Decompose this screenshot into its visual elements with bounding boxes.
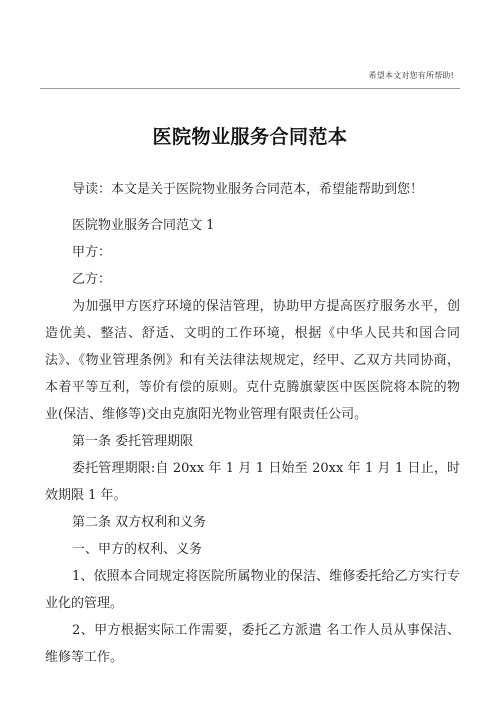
clause-1: 1、依照本合同规定将医院所属物业的保洁、维修委托给乙方实行专业化的管理。 xyxy=(45,563,460,617)
clause-2: 2、甲方根据实际工作需要，委托乙方派遣 名工作人员从事保洁、维修等工作。 xyxy=(45,617,460,671)
party-b-line: 乙方： xyxy=(45,266,460,293)
page-header: 希望本文对您有所帮助! xyxy=(40,66,460,89)
header-note: 希望本文对您有所帮助! xyxy=(369,70,454,81)
article-1-heading: 第一条 委托管理期限 xyxy=(45,428,460,455)
article-2-heading: 第二条 双方权利和义务 xyxy=(45,509,460,536)
party-a-rights-heading: 一、甲方的权利、义务 xyxy=(45,536,460,563)
lead-paragraph: 导读：本文是关于医院物业服务合同范本，希望能帮助到您！ xyxy=(45,176,460,203)
document-title: 医院物业服务合同范本 xyxy=(0,122,500,149)
document-body: 导读：本文是关于医院物业服务合同范本，希望能帮助到您！ 医院物业服务合同范文 1… xyxy=(45,176,460,671)
contract-subtitle: 医院物业服务合同范文 1 xyxy=(45,212,460,239)
article-1-term: 委托管理期限:自 20xx 年 1 月 1 日始至 20xx 年 1 月 1 日… xyxy=(45,455,460,509)
party-a-line: 甲方： xyxy=(45,239,460,266)
preamble-paragraph: 为加强甲方医疗环境的保洁管理，协助甲方提高医疗服务水平，创造优美、整洁、舒适、文… xyxy=(45,293,460,428)
